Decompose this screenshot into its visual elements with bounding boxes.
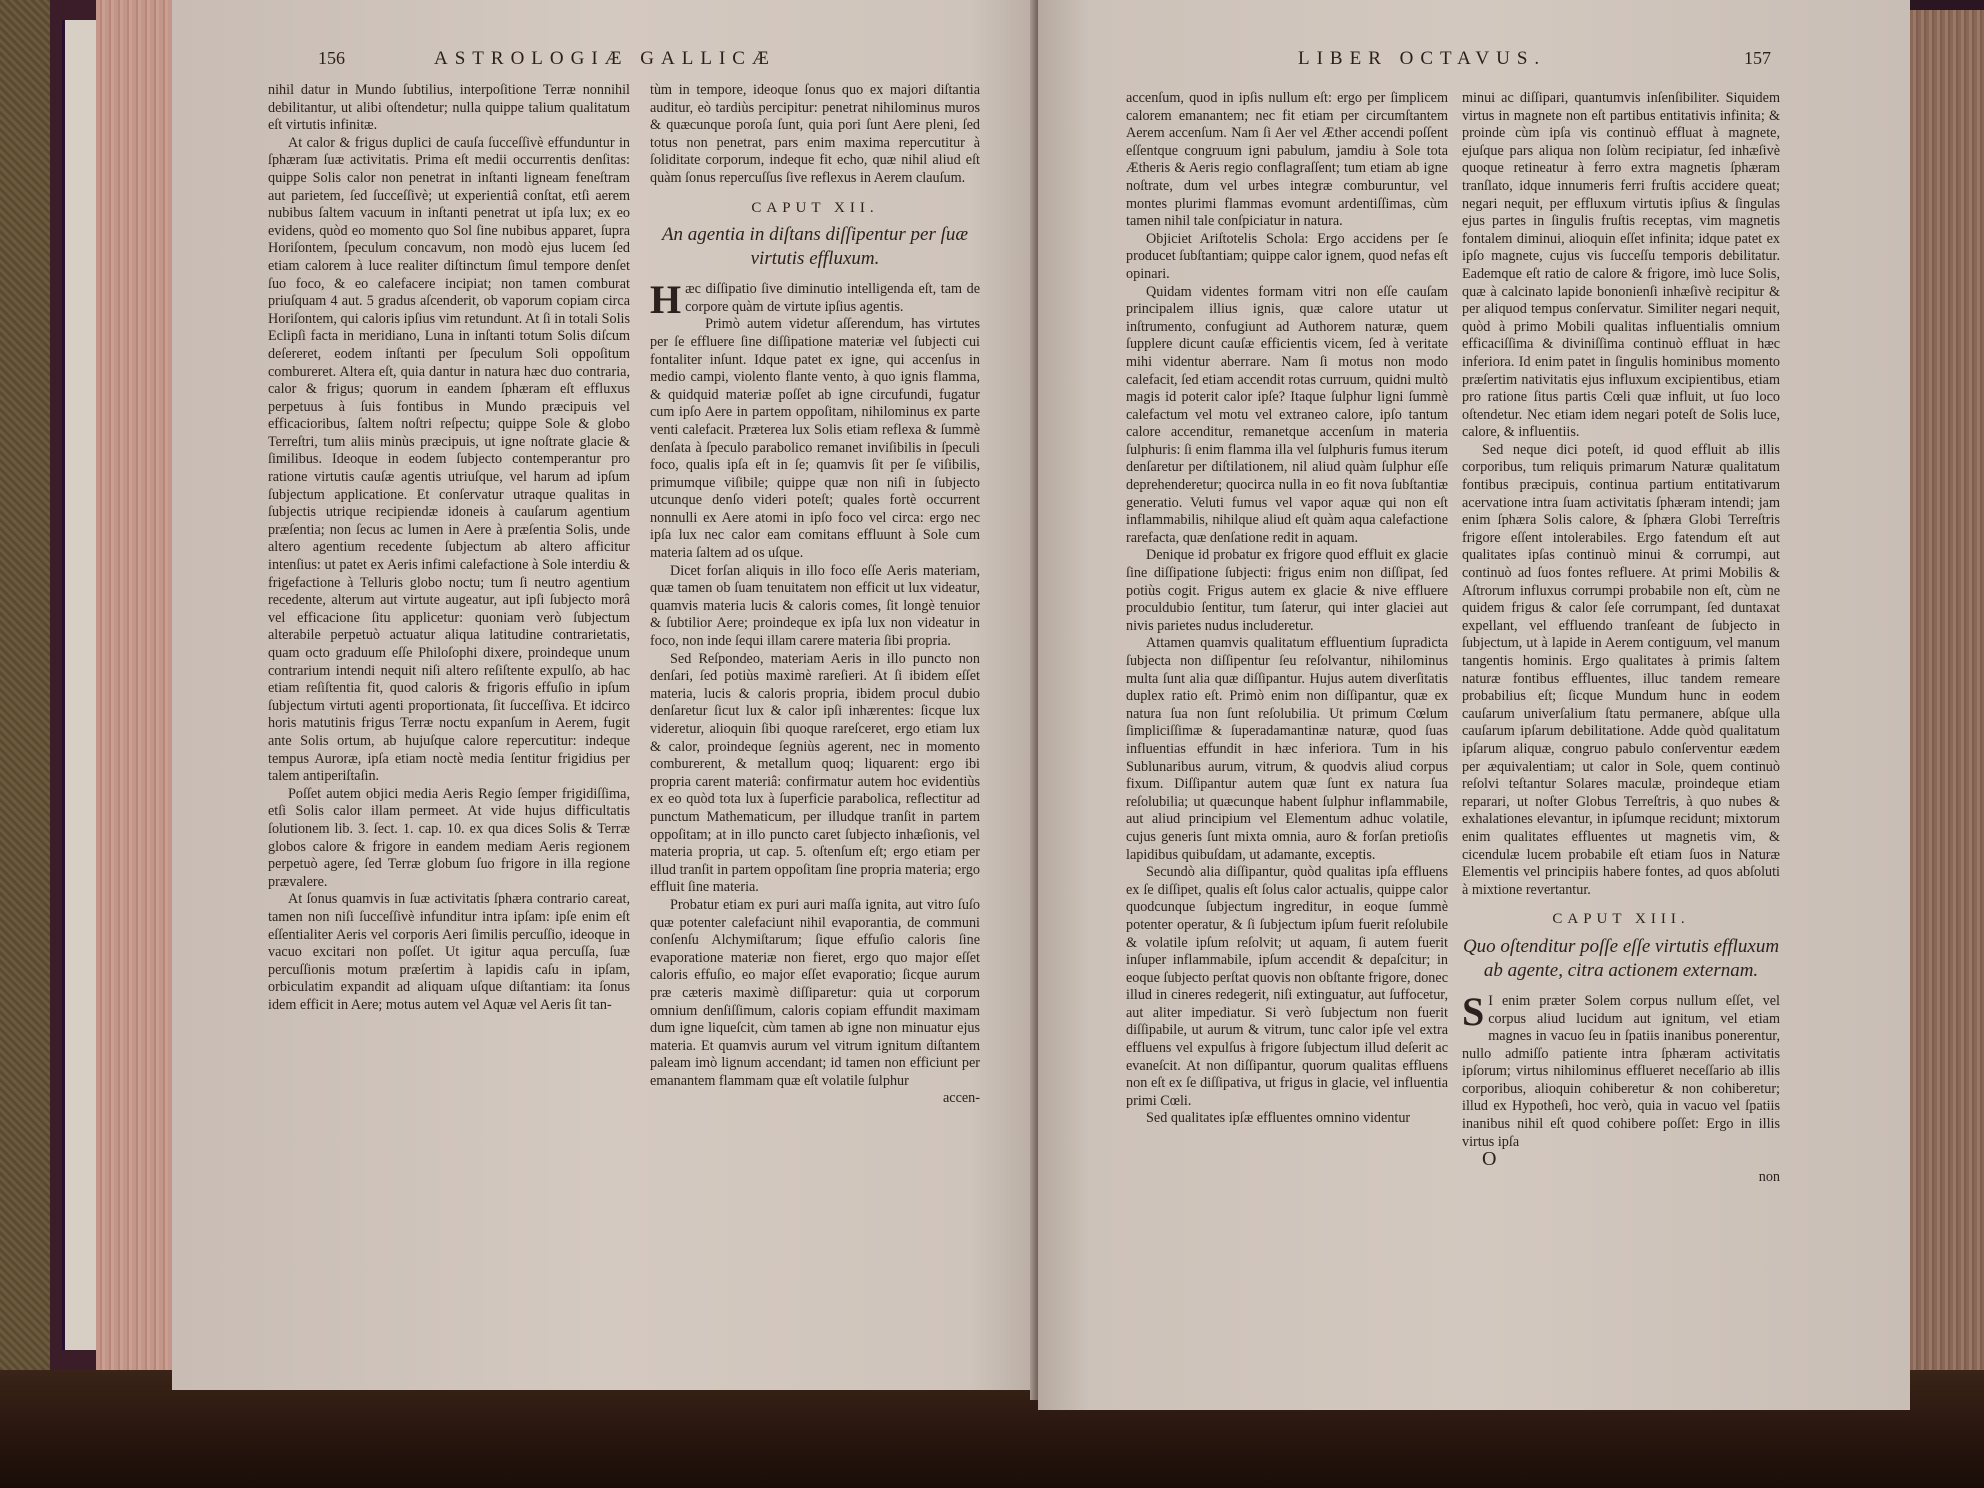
- paragraph: minui ac diſſipari, quantumvis inſenſibi…: [1462, 90, 1780, 442]
- drop-cap: H: [650, 283, 681, 317]
- chapter-label: CAPUT XII.: [650, 200, 980, 218]
- paragraph: Sed neque dici poteſt, id quod effluit a…: [1462, 442, 1780, 899]
- paragraph: accenſum, quod in ipſis nullum eſt: ergo…: [1126, 90, 1448, 231]
- page-edges-left: [96, 0, 180, 1390]
- text-column-1: accenſum, quod in ipſis nullum eſt: ergo…: [1126, 90, 1448, 1128]
- paragraph: Denique id probatur ex frigore quod effl…: [1126, 547, 1448, 635]
- right-page: LIBER OCTAVUS. 157 accenſum, quod in ipſ…: [1038, 0, 1910, 1410]
- chapter-title: An agentia in diſtans diſſipentur per ſu…: [650, 223, 980, 271]
- paragraph: tùm in tempore, ideoque ſonus quo ex maj…: [650, 82, 980, 188]
- page-edges-right: [1910, 10, 1984, 1400]
- paragraph: Attamen quamvis qualitatum effluentium ſ…: [1126, 635, 1448, 864]
- left-page: 156 ASTROLOGIÆ GALLICÆ nihil datur in Mu…: [172, 0, 1038, 1390]
- catchword: accen-: [650, 1090, 980, 1108]
- text-column-2: tùm in tempore, ideoque ſonus quo ex maj…: [650, 82, 980, 1108]
- signature-mark: O: [1462, 1151, 1780, 1169]
- paragraph: nihil datur in Mundo ſubtilius, interpoſ…: [268, 82, 630, 135]
- text-column-2: minui ac diſſipari, quantumvis inſenſibi…: [1462, 90, 1780, 1186]
- paragraph: Probatur etiam ex puri auri maſſa ignita…: [650, 897, 980, 1091]
- text-column-1: nihil datur in Mundo ſubtilius, interpoſ…: [268, 82, 630, 1014]
- paragraph: Primò autem videtur aſſerendum, has virt…: [650, 316, 980, 562]
- drop-cap: S: [1462, 995, 1484, 1029]
- catchword: non: [1462, 1169, 1780, 1187]
- paragraph: Sed Reſpondeo, materiam Aeris in illo pu…: [650, 651, 980, 897]
- running-head: LIBER OCTAVUS.: [1298, 48, 1546, 70]
- paragraph: Sed qualitates ipſæ effluentes omnino vi…: [1126, 1110, 1448, 1128]
- page-number: 156: [318, 48, 345, 69]
- paragraph: Poſſet autem objici media Aeris Regio ſe…: [268, 786, 630, 892]
- paragraph: Dicet forſan aliquis in illo foco eſſe A…: [650, 563, 980, 651]
- paragraph: At ſonus quamvis in ſuæ activitatis ſphæ…: [268, 891, 630, 1014]
- chapter-opening: Hæc diſſipatio ſive diminutio intelligen…: [650, 281, 980, 316]
- paragraph: Secundò alia diſſipantur, quòd qualitas …: [1126, 864, 1448, 1110]
- chapter-label: CAPUT XIII.: [1462, 911, 1780, 929]
- table-cloth: [0, 0, 55, 1400]
- chapter-opening: SI enim præter Solem corpus nullum eſſet…: [1462, 993, 1780, 1151]
- paragraph: At calor & frigus duplici de cauſa ſucce…: [268, 135, 630, 786]
- running-head: ASTROLOGIÆ GALLICÆ: [434, 48, 776, 70]
- page-number: 157: [1744, 48, 1771, 69]
- paragraph: Objiciet Ariſtotelis Schola: Ergo accide…: [1126, 231, 1448, 284]
- chapter-title: Quo oſtenditur poſſe eſſe virtutis efflu…: [1462, 935, 1780, 983]
- paragraph: Quidam videntes formam vitri non eſſe ca…: [1126, 284, 1448, 548]
